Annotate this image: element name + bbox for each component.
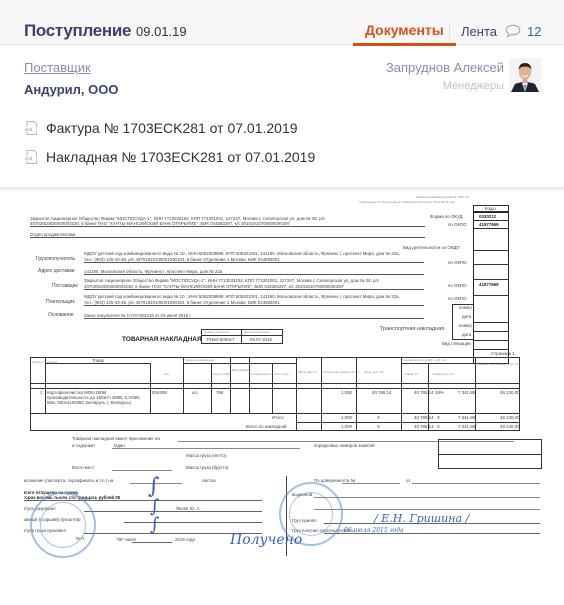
comment-count[interactable]: 12 [527,24,541,39]
form-note-2: Утверждена постановлением Госкомстата Ро… [359,200,455,205]
payer-line-1: МДОУ детский сад комбинированного вида №… [84,294,400,299]
col-divider [428,363,429,431]
attachment-label: Приложение (паспорта, сертификаты и т.п.… [24,478,113,483]
underline [314,497,540,498]
th-number: Номер по порядку [32,360,57,365]
transport-label: Транспортная накладная [380,327,444,332]
divider [241,329,242,344]
user-role: Менеджеры [443,80,504,92]
svg-text:xml: xml [25,127,32,132]
codes-header: Коды [485,206,496,211]
underline [132,542,172,543]
col-divider [150,363,151,413]
th-price: Цена, руб. коп. [364,370,385,375]
basis-label: Основание [48,313,74,318]
doc-number-header: Номер документа [204,330,229,335]
col-divider [296,357,297,431]
xml-file-icon: xml [24,121,38,135]
waybill-title: ТОВАРНАЯ НАКЛАДНАЯ [122,336,202,343]
col-divider [401,357,402,431]
row-sum-no-vat: 40 788,14 [414,390,434,395]
underline [30,237,425,238]
th-goods: Товар [92,358,104,363]
th-places: мест, штук [274,372,289,377]
underline [30,226,425,227]
gross-mass-label: Масса груза (брутто) [186,465,229,470]
row-price: 40 788,14 [372,390,392,395]
underline [84,289,424,290]
codes-column [473,212,509,364]
from-label: от [406,478,410,483]
net-mass-label: Масса груза (нетто) [186,453,226,458]
codes-row-divider [473,220,509,221]
document-date: 09.01.19 [136,24,187,39]
row-qty: 1,000 [341,390,352,395]
table-divider [249,363,296,364]
codes-row-divider [473,279,509,280]
underline [112,448,300,449]
underline [314,509,540,510]
underline [84,318,424,319]
operation-label: Вид операции [442,341,471,346]
underline [84,511,262,512]
underline [124,522,262,523]
number-label: номер [459,323,472,328]
codes-row-divider [473,331,509,332]
comment-bubble-icon[interactable] [505,24,521,38]
document-link-label: Накладная № 1703ECK281 от 07.01.2019 [46,149,315,165]
receiver-signature: / Е.Н. Гришина / [374,512,469,525]
underline [84,262,424,263]
th-vat-rate: ставка, % [404,372,417,377]
underline [112,470,172,471]
date-label: дата [462,332,471,337]
address-label: Адрес доставки [38,269,75,274]
th-okei: код по ОКЕИ [213,372,231,377]
okpo-code: 41977669 [479,222,499,227]
user-photo-icon [509,58,541,92]
okdp-label: Вид деятельности по ОКДП [403,245,460,250]
page-title: Поступление [24,21,131,41]
svg-text:xml: xml [25,156,32,161]
signature-scribble: ∫ [150,514,159,535]
okud-label: Форма по ОКУД [430,214,463,219]
doc-number: РНкО-000017 [207,337,235,342]
tab-divider [449,24,450,39]
th-unit: Единица измерения [186,358,214,363]
divider [201,335,283,336]
row-vat-sum: 7 341,86 [458,390,475,395]
active-tab-indicator [353,43,456,46]
supplier-okpo-code: 41977669 [479,282,499,287]
table-divider [45,363,150,364]
supplier-name: Андурил, ООО [24,82,118,97]
th-sum-no-vat: Сумма без учета НДС, руб. коп. [403,358,447,363]
codes-row-divider [473,340,509,341]
itogo-total: 48 130,00 [500,415,520,420]
tab-documents-label: Документы [365,22,444,38]
underline [84,274,424,275]
col-divider [183,357,184,413]
vsego-total: 48 130,00 [500,424,520,429]
codes-row-divider [473,264,509,265]
preview-divider [0,187,564,190]
th-total: Сумма с учетом НДС, руб. коп. [477,362,520,367]
table-divider [30,413,520,414]
th-vat-sum: сумма, руб. коп. [432,372,454,377]
receive-date: 06 июля 2015 года [344,527,404,534]
table-divider [30,388,520,389]
page-label: Страница 1 [491,351,515,356]
vsego-vat: 7 341,86 [458,424,475,429]
document-link-label: Фактура № 1703ECK281 от 07.01.2019 [46,120,298,136]
vsego-qty: 1,000 [341,424,352,429]
table-divider [401,363,475,364]
col-divider [272,363,273,413]
underline [412,483,540,484]
year-label: 2015 года [175,537,195,542]
avatar[interactable] [509,58,541,92]
number-label: номер [459,305,472,310]
underline [342,483,400,484]
supplier-line-1: Закрытое Акционерное Общество Фирма "МОС… [84,278,379,283]
okpo-label: по ОКПО [448,283,467,288]
table-divider [183,363,249,364]
col-divider [211,363,212,413]
row-name: Картофелечистка МОК-150М производительно… [47,390,147,405]
codes-row-divider [473,295,509,296]
row-code: 004408 [152,390,167,395]
codes-row-divider [473,322,509,323]
col-divider [230,357,231,413]
itogo-label: Итого [272,415,284,420]
xml-file-icon: xml [24,150,38,164]
underline [84,305,424,306]
page-header: Поступление 09.01.19 Документы Лента 12 [0,0,564,45]
col-divider [475,357,476,431]
th-qty: Количество (масса нетто) [323,370,359,375]
codes-row-divider [473,250,509,251]
itogo-price: X [377,415,380,420]
codes-row-divider [473,349,509,350]
appendix-text: Товарная накладная имеет приложение на [72,436,160,441]
contains-label: и содержит [72,443,95,448]
consignee-label: Грузополучатель [36,257,75,262]
col-divider [249,357,250,413]
vsego-label: Всего по накладной [246,424,287,429]
itogo-qty: 1,000 [341,415,352,420]
codes-row-divider [473,228,509,229]
itogo-sum: 40 788,14 [414,415,434,420]
th-gross: Масса брутто [298,370,317,375]
okpo-label: по ОКПО [448,260,467,265]
document-preview-image[interactable]: Унифицированная форма № ТОРГ-12 Утвержде… [24,192,544,605]
supplier-link[interactable]: Поставщик [24,60,91,75]
okud-code: 0330212 [479,214,496,219]
row-unit: шт. [192,390,198,395]
divider [438,454,542,455]
doc-date: 06.07.2015 [250,337,272,342]
th-code: код [164,372,169,377]
col-divider [45,357,46,413]
col-divider [356,357,357,431]
payer-label: Плательщик [46,300,75,305]
th-per-place: в одном месте [251,372,271,377]
th-package: Вид упаковки [232,368,251,373]
col-divider [321,357,322,431]
vsego-rate: X [437,424,440,429]
itogo-rate: X [437,415,440,420]
doc-date-header: Дата составления [244,330,269,335]
row-vat-rate: 18% [435,390,444,395]
received-handwritten: Получено [230,532,302,548]
tab-documents[interactable]: Документы [353,22,456,45]
records-label: порядковых номеров записей [314,443,375,448]
sheets-label: листах [202,478,216,483]
table-divider [296,422,520,423]
row-okei: 796 [216,390,223,395]
okpo-label: по ОКПО [448,296,467,301]
row-total: 48 130,00 [500,390,520,395]
vsego-sum: 40 788,14 [414,424,434,429]
user-name[interactable]: Запруднов Алексей [386,60,504,75]
itogo-vat: 7 341,86 [458,415,475,420]
date-label: дата [462,314,471,319]
places-label: Всего мест [72,465,94,470]
table-divider [30,383,520,384]
okpo-label: по ОКПО [448,222,467,227]
row-number: 1 [40,390,42,395]
seal-stamp-left [30,492,96,558]
tab-feed[interactable]: Лента [461,24,497,39]
vsego-price: X [377,424,380,429]
supplier-label: Поставщик [52,284,78,289]
consignee-line-1: МДОУ детский сад комбинированного вида №… [84,251,400,256]
